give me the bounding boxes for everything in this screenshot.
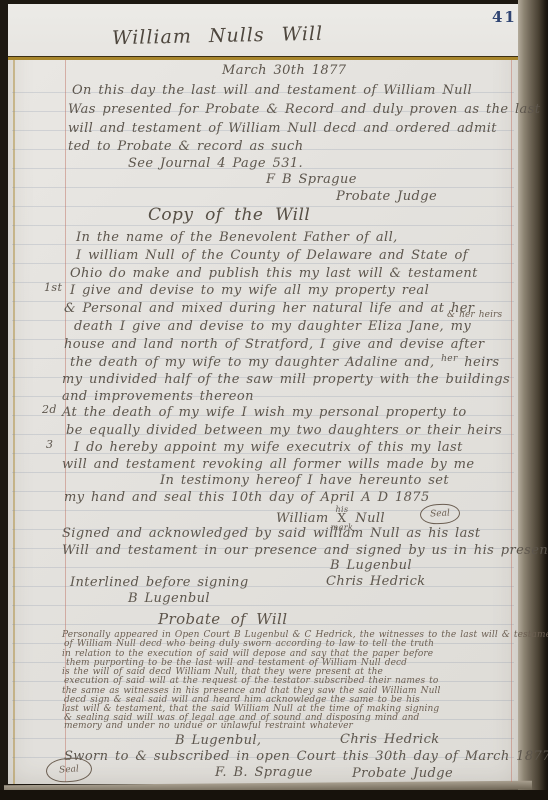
judge-title: Probate Judge [352,767,453,780]
will-line: the death of my wife to my daughter Adal… [70,356,499,369]
will-line: & Personal and mixed during her natural … [64,302,474,315]
right-margin-line [511,60,512,782]
will-line: At the death of my wife I wish my person… [62,406,467,419]
will-line: In testimony hereof I have hereunto set [160,474,449,487]
clause-marker-2: 2d [42,404,57,415]
witness-signature: B Lugenbul [330,559,412,572]
probate-line: memory and under no undue or unlawful re… [64,722,353,731]
probate-heading: Probate of Will [158,612,287,627]
will-line: and improvements thereon [62,390,254,403]
attestation-line: Signed and acknowledged by said william … [62,527,480,540]
order-line: will and testament of William Null decd … [68,122,497,135]
order-line: ted to Probate & record as such [68,140,304,153]
will-line: I give and devise to my wife all my prop… [70,284,429,297]
order-line: On this day the last will and testament … [72,84,472,97]
will-line: Ohio do make and publish this my last wi… [70,267,478,280]
witness-signature: Chris Hedrick [326,575,426,588]
interlineation-signature: B Lugenbul [128,592,210,605]
interlineation-note: Interlined before signing [70,576,249,589]
will-line: death I give and devise to my daughter E… [74,320,471,333]
witness-signature: Chris Hedrick [340,733,440,746]
order-date: March 30th 1877 [222,64,346,77]
will-line: my hand and seal this 10th day of April … [64,491,430,504]
judge-signature: F. B. Sprague [215,766,313,779]
page-number: 41 [492,8,517,26]
gold-rule-line [8,56,518,60]
will-line: house and land north of Stratford, I giv… [64,338,484,351]
will-line: my undivided half of the saw mill proper… [62,373,510,386]
will-heading: Copy of the Will [148,207,310,224]
clause-marker-1: 1st [44,282,62,293]
book-page-stack-edge [518,0,548,800]
journal-reference: See Journal 4 Page 531. [128,157,303,170]
sworn-line: Sworn to & subscribed in open Court this… [64,750,548,763]
attestation-line: Will and testament in our presence and s… [62,544,548,557]
judge-title: Probate Judge [336,190,437,203]
interlined-superscript: her [441,354,458,364]
will-opening: In the name of the Benevolent Father of … [76,231,398,244]
clause-marker-3: 3 [46,439,53,450]
witness-signature: B Lugenbul, [175,734,261,747]
will-line: I do hereby appoint my wife executrix of… [74,441,463,454]
ledger-page-photo: 41 William Nulls Will March 30th 1877 On… [0,0,548,800]
order-line: Was presented for Probate & Record and d… [68,103,540,116]
probate-line: of William Null decd who being duly swor… [64,640,434,649]
interlined-superscript: & her heirs [447,311,502,320]
will-line: will and testament revoking all former w… [62,458,474,471]
page-title: William Nulls Will [112,25,323,48]
judge-signature: F B Sprague [266,173,357,186]
photo-dark-border [0,790,548,800]
will-line: be equally divided between my two daught… [66,424,502,437]
probate-line: execution of said will at the request of… [64,677,438,686]
will-line: I william Null of the County of Delaware… [76,249,468,262]
